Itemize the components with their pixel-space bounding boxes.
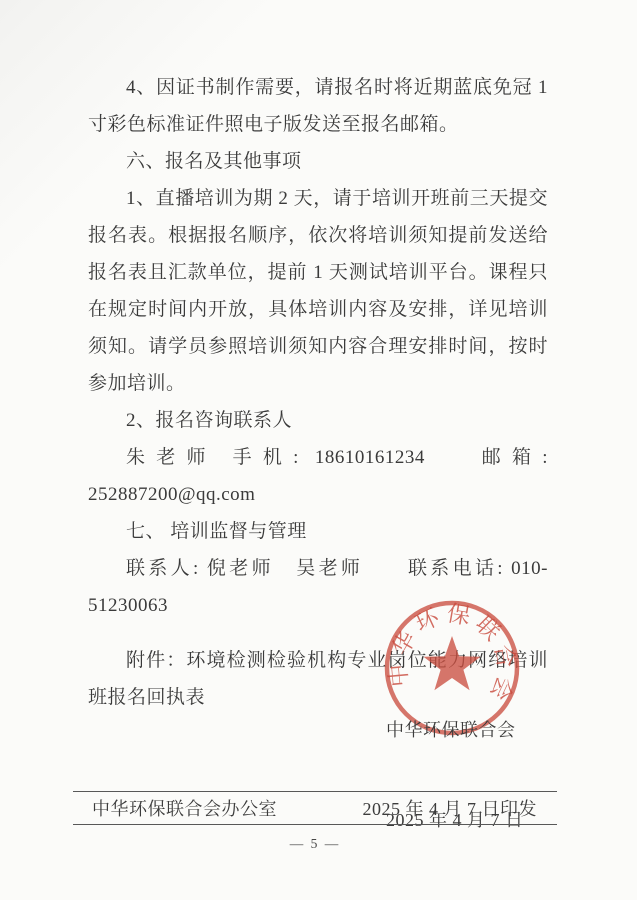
signature-organization: 中华环保联合会 [386, 715, 524, 745]
paragraph-photo-requirement: 4、因证书制作需要，请报名时将近期蓝底免冠 1 寸彩色标准证件照电子版发送至报名… [88, 69, 548, 143]
scanned-document-page: 4、因证书制作需要，请报名时将近期蓝底免冠 1 寸彩色标准证件照电子版发送至报名… [0, 0, 637, 900]
paragraph-registration-contact-info: 朱老师 手机: 18610161234 邮箱: 252887200@qq.com [88, 439, 548, 513]
paragraph-supervision-contacts: 联系人: 倪老师 吴老师 联系电话: 010-51230063 [88, 550, 548, 624]
paragraph-training-schedule: 1、直播培训为期 2 天，请于培训开班前三天提交报名表。根据报名顺序，依次将培训… [88, 180, 548, 402]
signature-block: 中华环保联合会 2025 年 4 月 7 日 [386, 655, 524, 895]
page-number: — 5 — [0, 836, 630, 852]
section-heading-seven: 七、 培训监督与管理 [88, 513, 548, 550]
section-heading-six: 六、报名及其他事项 [88, 143, 548, 180]
footer-print-date: 2025 年 4 月 7 日印发 [363, 795, 538, 821]
footer-office: 中华环保联合会办公室 [92, 795, 277, 821]
paragraph-registration-contact-heading: 2、报名咨询联系人 [88, 402, 548, 439]
footer-bar: 中华环保联合会办公室 2025 年 4 月 7 日印发 [73, 791, 557, 825]
document-body: 4、因证书制作需要，请报名时将近期蓝底免冠 1 寸彩色标准证件照电子版发送至报名… [88, 69, 548, 716]
